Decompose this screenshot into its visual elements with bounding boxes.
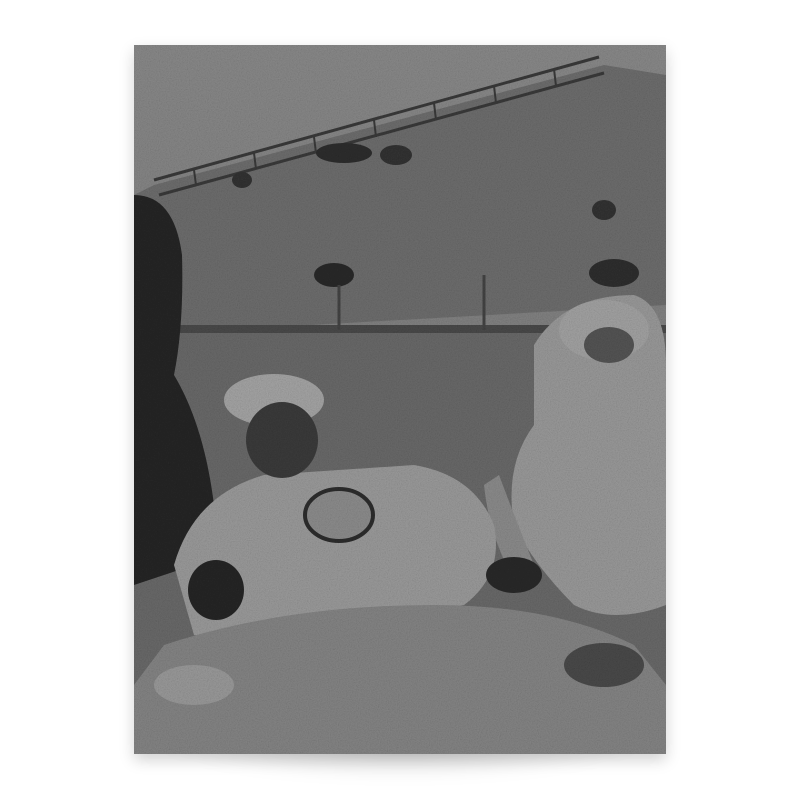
vintage-baseball-photo (134, 45, 666, 754)
poster-print (134, 45, 666, 754)
